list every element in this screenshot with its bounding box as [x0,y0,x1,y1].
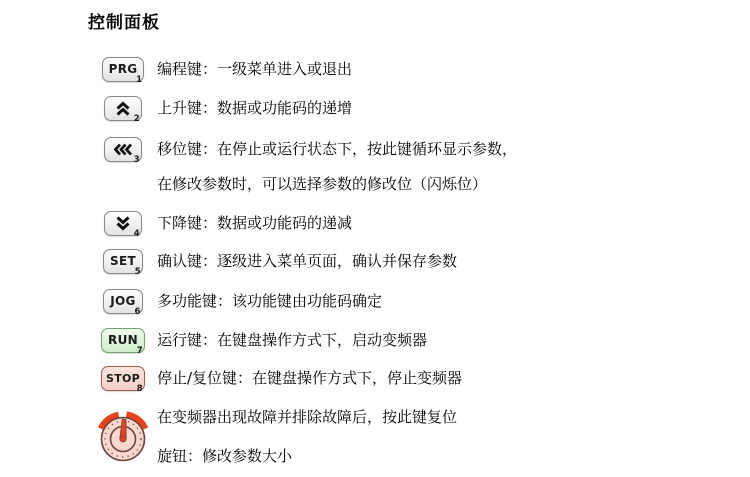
set-key-label: SET [110,254,136,268]
stop-key-description-line1: 停止/复位键：在键盘操作方式下，停止变频器 [157,368,462,388]
down-key-index: 4 [134,229,140,239]
prg-key-index: 1 [136,75,142,85]
key-row-stop: STOP 8 停止/复位键：在键盘操作方式下，停止变频器 [0,358,750,398]
shift-key-index: 3 [134,155,140,165]
set-key-description: 确认键：逐级进入菜单页面，确认并保存参数 [157,251,457,271]
key-row-up: 2 上升键：数据或功能码的递增 [0,88,750,128]
key-row-jog: JOG 6 多功能键：该功能键由功能码确定 [0,281,750,321]
prg-key-description: 编程键：一级菜单进入或退出 [157,59,352,79]
prg-key-label: PRG [109,62,138,76]
down-key: 4 [104,211,142,236]
run-key-label: RUN [108,333,138,347]
key-row-set: SET 5 确认键：逐级进入菜单页面，确认并保存参数 [0,241,750,281]
key-row-run: RUN 7 运行键：在键盘操作方式下，启动变频器 [0,320,750,360]
control-panel-manual-page: 控制面板 PRG 1 编程键：一级菜单进入或退出 2 上升键：数据或功能码的递增 [0,0,750,477]
key-row-shift: 3 移位键：在停止或运行状态下，按此键循环显示参数， [0,129,750,169]
key-row-prg: PRG 1 编程键：一级菜单进入或退出 [0,49,750,89]
key-row-down: 4 下降键：数据或功能码的递减 [0,203,750,243]
knob-icon [97,406,149,463]
up-key-index: 2 [134,114,140,124]
set-key: SET 5 [103,249,143,274]
down-key-description: 下降键：数据或功能码的递减 [157,213,352,233]
run-key: RUN 7 [101,328,145,353]
shift-key: 3 [104,137,142,162]
up-key-description: 上升键：数据或功能码的递增 [157,98,352,118]
jog-key-index: 6 [134,307,140,317]
chevron-triple-left-icon [113,143,133,156]
prg-key: PRG 1 [102,57,145,82]
stop-key: STOP 8 [101,366,145,391]
stop-key-index: 8 [137,384,143,394]
set-key-index: 5 [135,267,141,277]
jog-key-description: 多功能键：该功能键由功能码确定 [157,291,382,311]
page-title: 控制面板 [88,8,160,33]
jog-key-label: JOG [110,294,135,308]
jog-key: JOG 6 [103,289,142,314]
shift-key-description-line1: 移位键：在停止或运行状态下，按此键循环显示参数， [157,139,517,159]
key-row-shift-line2: 在修改参数时，可以选择参数的修改位（闪烁位） [0,164,750,204]
chevron-double-down-icon [114,216,132,231]
shift-key-description-line2: 在修改参数时，可以选择参数的修改位（闪烁位） [157,174,487,194]
stop-key-description-line2: 在变频器出现故障并排除故障后，按此键复位 [157,407,457,427]
up-key: 2 [104,96,142,121]
run-key-index: 7 [137,346,143,356]
chevron-double-up-icon [114,101,132,116]
stop-key-label: STOP [106,372,140,385]
knob-description: 旋钮：修改参数大小 [157,446,292,466]
run-key-description: 运行键：在键盘操作方式下，启动变频器 [157,330,427,350]
